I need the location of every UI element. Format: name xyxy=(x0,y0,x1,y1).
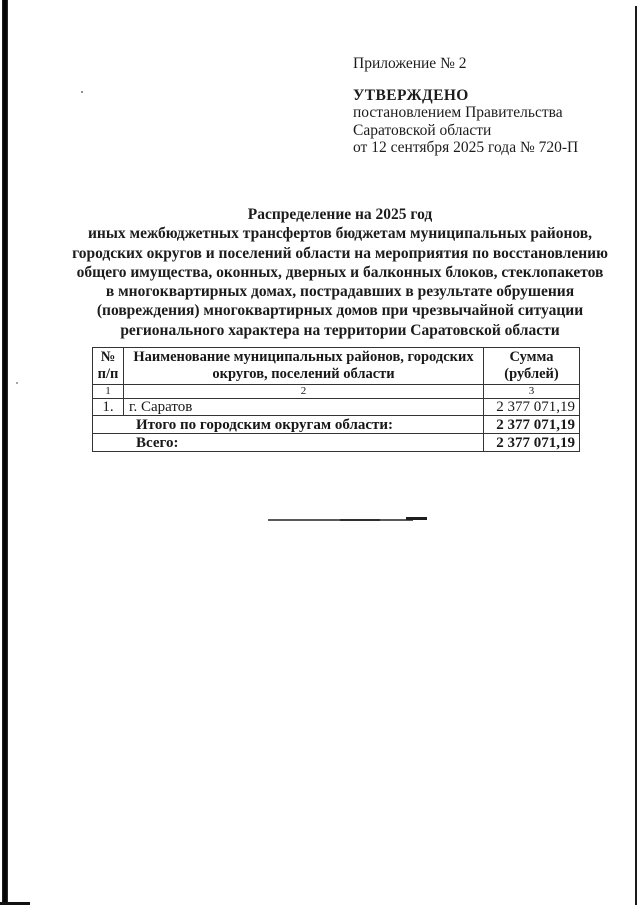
column-number-cell: 3 xyxy=(484,385,580,399)
scan-artifact-right-line xyxy=(635,6,637,905)
header-num-line: № xyxy=(93,349,123,366)
document-title: Распределение на 2025 год иных межбюджет… xyxy=(40,205,640,340)
scan-speck xyxy=(16,382,18,384)
header-cell-sum: Сумма (рублей) xyxy=(484,348,580,385)
appendix-label: Приложение № 2 xyxy=(353,55,578,73)
approval-block: Приложение № 2 УТВЕРЖДЕНО постановлением… xyxy=(353,55,578,157)
allocation-table: № п/п Наименование муниципальных районов… xyxy=(92,347,580,452)
total-row: Всего: 2 377 071,19 xyxy=(93,434,580,452)
title-line: Распределение на 2025 год xyxy=(40,205,640,224)
approved-by-line: от 12 сентября 2025 года № 720-П xyxy=(353,139,578,157)
header-name-line: Наименование муниципальных районов, горо… xyxy=(124,349,483,366)
header-sum-line: (рублей) xyxy=(484,366,579,383)
approved-label: УТВЕРЖДЕНО xyxy=(353,87,578,105)
row-name-cell: г. Саратов xyxy=(124,399,484,416)
row-number-cell: 1. xyxy=(93,399,124,416)
table-header-row: № п/п Наименование муниципальных районов… xyxy=(93,348,580,385)
column-number-cell: 1 xyxy=(93,385,124,399)
title-line: городских округов и поселений области на… xyxy=(40,244,640,263)
row-sum-cell: 2 377 071,19 xyxy=(484,399,580,416)
table-row: 1. г. Саратов 2 377 071,19 xyxy=(93,399,580,416)
header-cell-num: № п/п xyxy=(93,348,124,385)
header-name-line: округов, поселений области xyxy=(124,366,483,383)
title-line: иных межбюджетных трансфертов бюджетам м… xyxy=(40,224,640,243)
scan-artifact-left-strip xyxy=(2,0,8,905)
column-numbers-row: 1 2 3 xyxy=(93,385,580,399)
title-line: регионального характера на территории Са… xyxy=(40,321,640,340)
scan-speck xyxy=(81,91,83,93)
header-sum-line: Сумма xyxy=(484,349,579,366)
end-separator-line-segment xyxy=(340,519,380,521)
subtotal-label-cell: Итого по городским округам области: xyxy=(93,416,484,434)
header-num-line: п/п xyxy=(93,366,123,383)
end-separator-line-tip xyxy=(406,517,427,520)
column-number-cell: 2 xyxy=(124,385,484,399)
subtotal-row: Итого по городским округам области: 2 37… xyxy=(93,416,580,434)
title-line: (повреждения) многоквартирных домов при … xyxy=(40,301,640,320)
total-label-cell: Всего: xyxy=(93,434,484,452)
title-line: в многоквартирных домах, пострадавших в … xyxy=(40,282,640,301)
approved-by-line: постановлением Правительства xyxy=(353,104,578,122)
total-sum-cell: 2 377 071,19 xyxy=(484,434,580,452)
subtotal-sum-cell: 2 377 071,19 xyxy=(484,416,580,434)
approved-by-line: Саратовской области xyxy=(353,122,578,140)
header-cell-name: Наименование муниципальных районов, горо… xyxy=(124,348,484,385)
title-line: общего имущества, оконных, дверных и бал… xyxy=(40,263,640,282)
scanned-document-page: Приложение № 2 УТВЕРЖДЕНО постановлением… xyxy=(0,0,640,905)
